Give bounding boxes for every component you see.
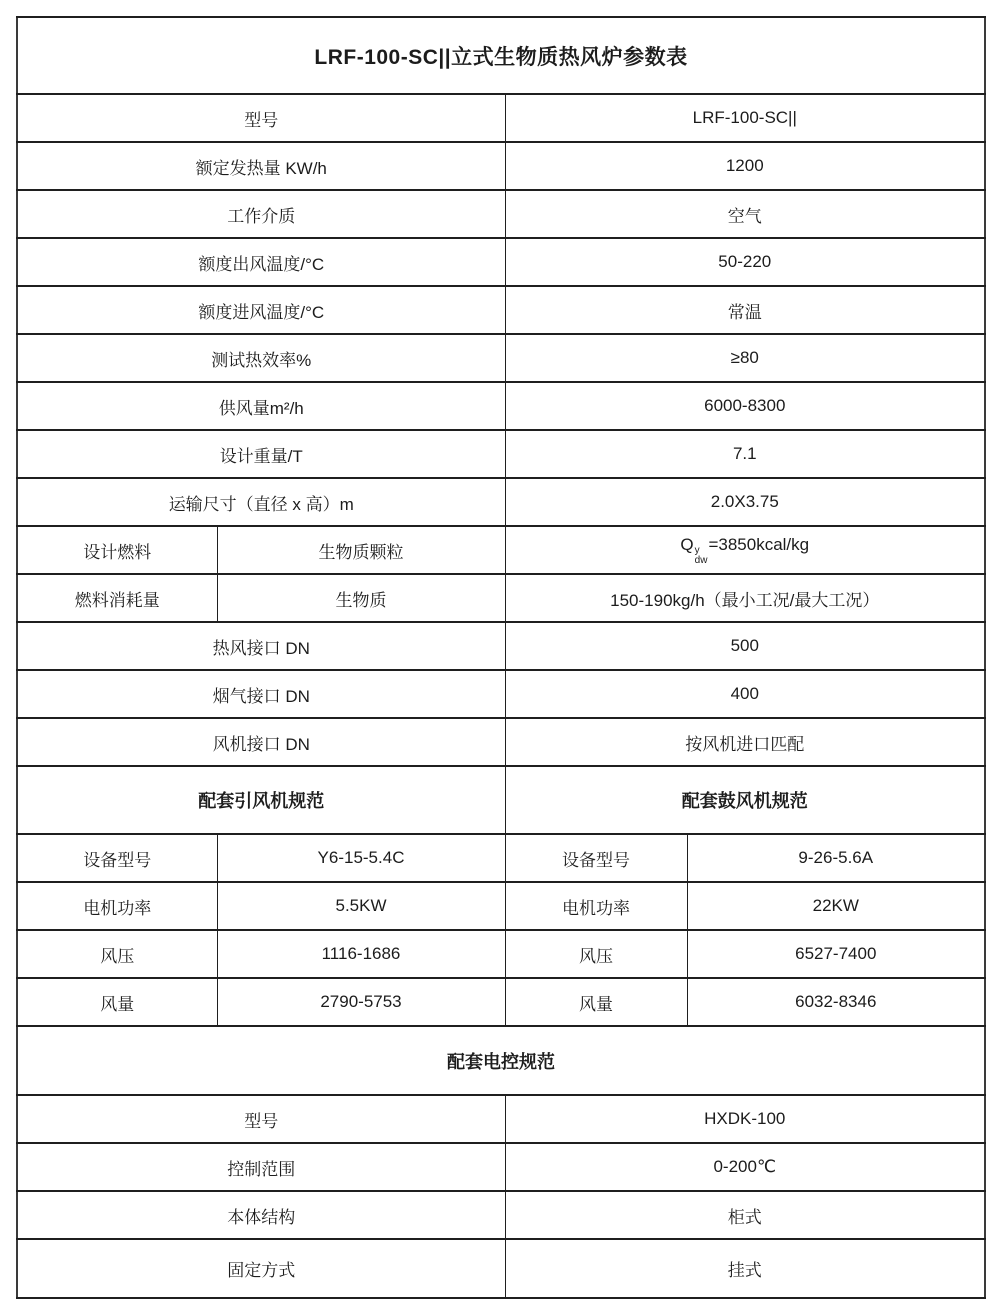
- spec-label: 额定发热量 KW/h: [17, 142, 505, 190]
- spec-label: 风机接口 DN: [17, 718, 505, 766]
- control-label: 固定方式: [17, 1239, 505, 1298]
- spec-label: 测试热效率%: [17, 334, 505, 382]
- table-row: 风机接口 DN 按风机进口匹配: [17, 718, 985, 766]
- fan-right-label: 设备型号: [505, 834, 687, 882]
- table-row: 烟气接口 DN 400: [17, 670, 985, 718]
- q-base: Q: [680, 535, 693, 554]
- spec-label: 型号: [17, 94, 505, 142]
- furnace-parameter-table: LRF-100-SC||立式生物质热风炉参数表 型号 LRF-100-SC|| …: [16, 16, 986, 1299]
- q-superscript: y: [695, 546, 700, 556]
- fuel-label: 燃料消耗量: [17, 574, 217, 622]
- spec-value: 7.1: [505, 430, 985, 478]
- fuel-value: 150-190kg/h（最小工况/最大工况）: [505, 574, 985, 622]
- fuel-sublabel: 生物质: [217, 574, 505, 622]
- spec-value: 按风机进口匹配: [505, 718, 985, 766]
- control-value: 挂式: [505, 1239, 985, 1298]
- fan-left-value: 2790-5753: [217, 978, 505, 1026]
- control-label: 本体结构: [17, 1191, 505, 1239]
- fan-left-value: 5.5KW: [217, 882, 505, 930]
- table-row: 电机功率 5.5KW 电机功率 22KW: [17, 882, 985, 930]
- control-value: 柜式: [505, 1191, 985, 1239]
- fuel-label: 设计燃料: [17, 526, 217, 574]
- page-title: LRF-100-SC||立式生物质热风炉参数表: [17, 17, 985, 94]
- spec-label: 烟气接口 DN: [17, 670, 505, 718]
- fan-right-value: 22KW: [687, 882, 985, 930]
- table-row: 型号 HXDK-100: [17, 1095, 985, 1143]
- fan-right-value: 9-26-5.6A: [687, 834, 985, 882]
- table-row: 风量 2790-5753 风量 6032-8346: [17, 978, 985, 1026]
- table-row: 额定发热量 KW/h 1200: [17, 142, 985, 190]
- spec-label: 运输尺寸（直径 x 高）m: [17, 478, 505, 526]
- control-label: 型号: [17, 1095, 505, 1143]
- fan-left-label: 风量: [17, 978, 217, 1026]
- spec-label: 热风接口 DN: [17, 622, 505, 670]
- induced-fan-section-header: 配套引风机规范: [17, 766, 505, 834]
- control-section-header: 配套电控规范: [17, 1026, 985, 1095]
- fuel-sublabel: 生物质颗粒: [217, 526, 505, 574]
- fan-right-label: 电机功率: [505, 882, 687, 930]
- fan-right-value: 6032-8346: [687, 978, 985, 1026]
- spec-label: 设计重量/T: [17, 430, 505, 478]
- spec-value: 500: [505, 622, 985, 670]
- fan-left-label: 设备型号: [17, 834, 217, 882]
- table-row: 设备型号 Y6-15-5.4C 设备型号 9-26-5.6A: [17, 834, 985, 882]
- table-row: 运输尺寸（直径 x 高）m 2.0X3.75: [17, 478, 985, 526]
- spec-value: 1200: [505, 142, 985, 190]
- spec-value: ≥80: [505, 334, 985, 382]
- table-row: 控制范围 0-200℃: [17, 1143, 985, 1191]
- fan-left-value: 1116-1686: [217, 930, 505, 978]
- fan-right-label: 风压: [505, 930, 687, 978]
- fan-left-value: Y6-15-5.4C: [217, 834, 505, 882]
- spec-label: 工作介质: [17, 190, 505, 238]
- control-value: HXDK-100: [505, 1095, 985, 1143]
- table-row: 燃料消耗量 生物质 150-190kg/h（最小工况/最大工况）: [17, 574, 985, 622]
- table-row: 工作介质 空气: [17, 190, 985, 238]
- table-row: 热风接口 DN 500: [17, 622, 985, 670]
- spec-value: LRF-100-SC||: [505, 94, 985, 142]
- table-row: 测试热效率% ≥80: [17, 334, 985, 382]
- fan-section-header-row: 配套引风机规范 配套鼓风机规范: [17, 766, 985, 834]
- table-row: 风压 1116-1686 风压 6527-7400: [17, 930, 985, 978]
- table-row: 设计重量/T 7.1: [17, 430, 985, 478]
- table-row: 额度出风温度/°C 50-220: [17, 238, 985, 286]
- table-row: 本体结构 柜式: [17, 1191, 985, 1239]
- spec-label: 供风量m²/h: [17, 382, 505, 430]
- q-subscript: dw: [695, 556, 708, 566]
- fan-right-label: 风量: [505, 978, 687, 1026]
- parameter-sheet-page: LRF-100-SC||立式生物质热风炉参数表 型号 LRF-100-SC|| …: [0, 0, 1000, 1271]
- spec-label: 额度出风温度/°C: [17, 238, 505, 286]
- table-row: 供风量m²/h 6000-8300: [17, 382, 985, 430]
- spec-value: 空气: [505, 190, 985, 238]
- table-row: 固定方式 挂式: [17, 1239, 985, 1298]
- fan-left-label: 电机功率: [17, 882, 217, 930]
- q-scripts: ydw: [695, 546, 708, 566]
- table-row: 设计燃料 生物质颗粒 Qydw=3850kcal/kg: [17, 526, 985, 574]
- spec-label: 额度进风温度/°C: [17, 286, 505, 334]
- table-row: 额度进风温度/°C 常温: [17, 286, 985, 334]
- spec-value: 6000-8300: [505, 382, 985, 430]
- spec-value: 2.0X3.75: [505, 478, 985, 526]
- control-section-header-row: 配套电控规范: [17, 1026, 985, 1095]
- control-label: 控制范围: [17, 1143, 505, 1191]
- spec-value: 常温: [505, 286, 985, 334]
- spec-value: 400: [505, 670, 985, 718]
- fuel-value: Qydw=3850kcal/kg: [505, 526, 985, 574]
- q-rest: =3850kcal/kg: [708, 535, 809, 554]
- blower-fan-section-header: 配套鼓风机规范: [505, 766, 985, 834]
- fan-right-value: 6527-7400: [687, 930, 985, 978]
- control-value: 0-200℃: [505, 1143, 985, 1191]
- fan-left-label: 风压: [17, 930, 217, 978]
- table-row: 型号 LRF-100-SC||: [17, 94, 985, 142]
- table-title-row: LRF-100-SC||立式生物质热风炉参数表: [17, 17, 985, 94]
- spec-value: 50-220: [505, 238, 985, 286]
